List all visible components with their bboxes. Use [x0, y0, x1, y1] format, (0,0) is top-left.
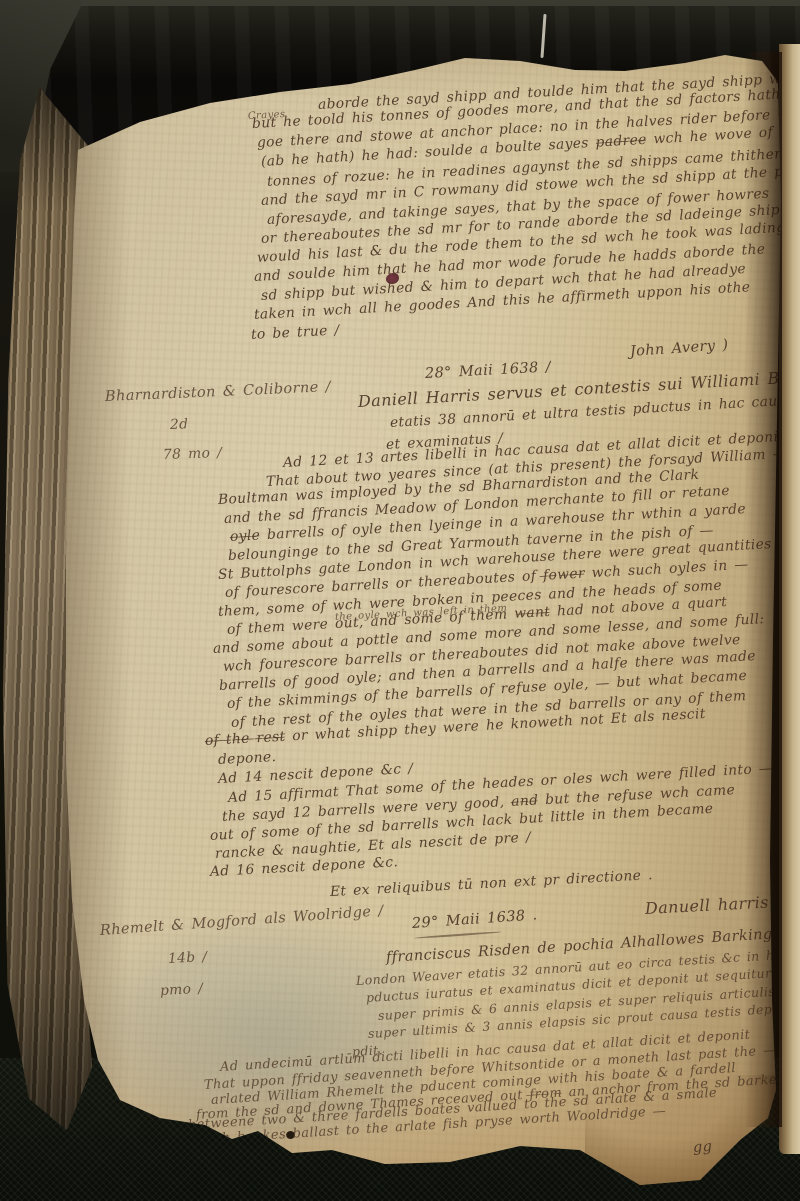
margin-note-number: 2d	[170, 416, 189, 433]
quire-mark: gg	[692, 1139, 712, 1156]
gutter-shadow	[744, 52, 782, 1127]
margin-note-number: 14b /	[168, 949, 208, 967]
manuscript-line: depone.	[218, 749, 277, 768]
facing-page-edge	[779, 44, 800, 1154]
photo-backdrop: { "colors":{"paper":"#d2c3a0","ink":"#4a…	[0, 0, 800, 1201]
margin-note-mark: 78 mo /	[163, 445, 223, 463]
manuscript-page: Crayes aborde the sayd shipp and toulde …	[0, 0, 800, 1201]
margin-note-mark: pmo /	[160, 981, 204, 999]
